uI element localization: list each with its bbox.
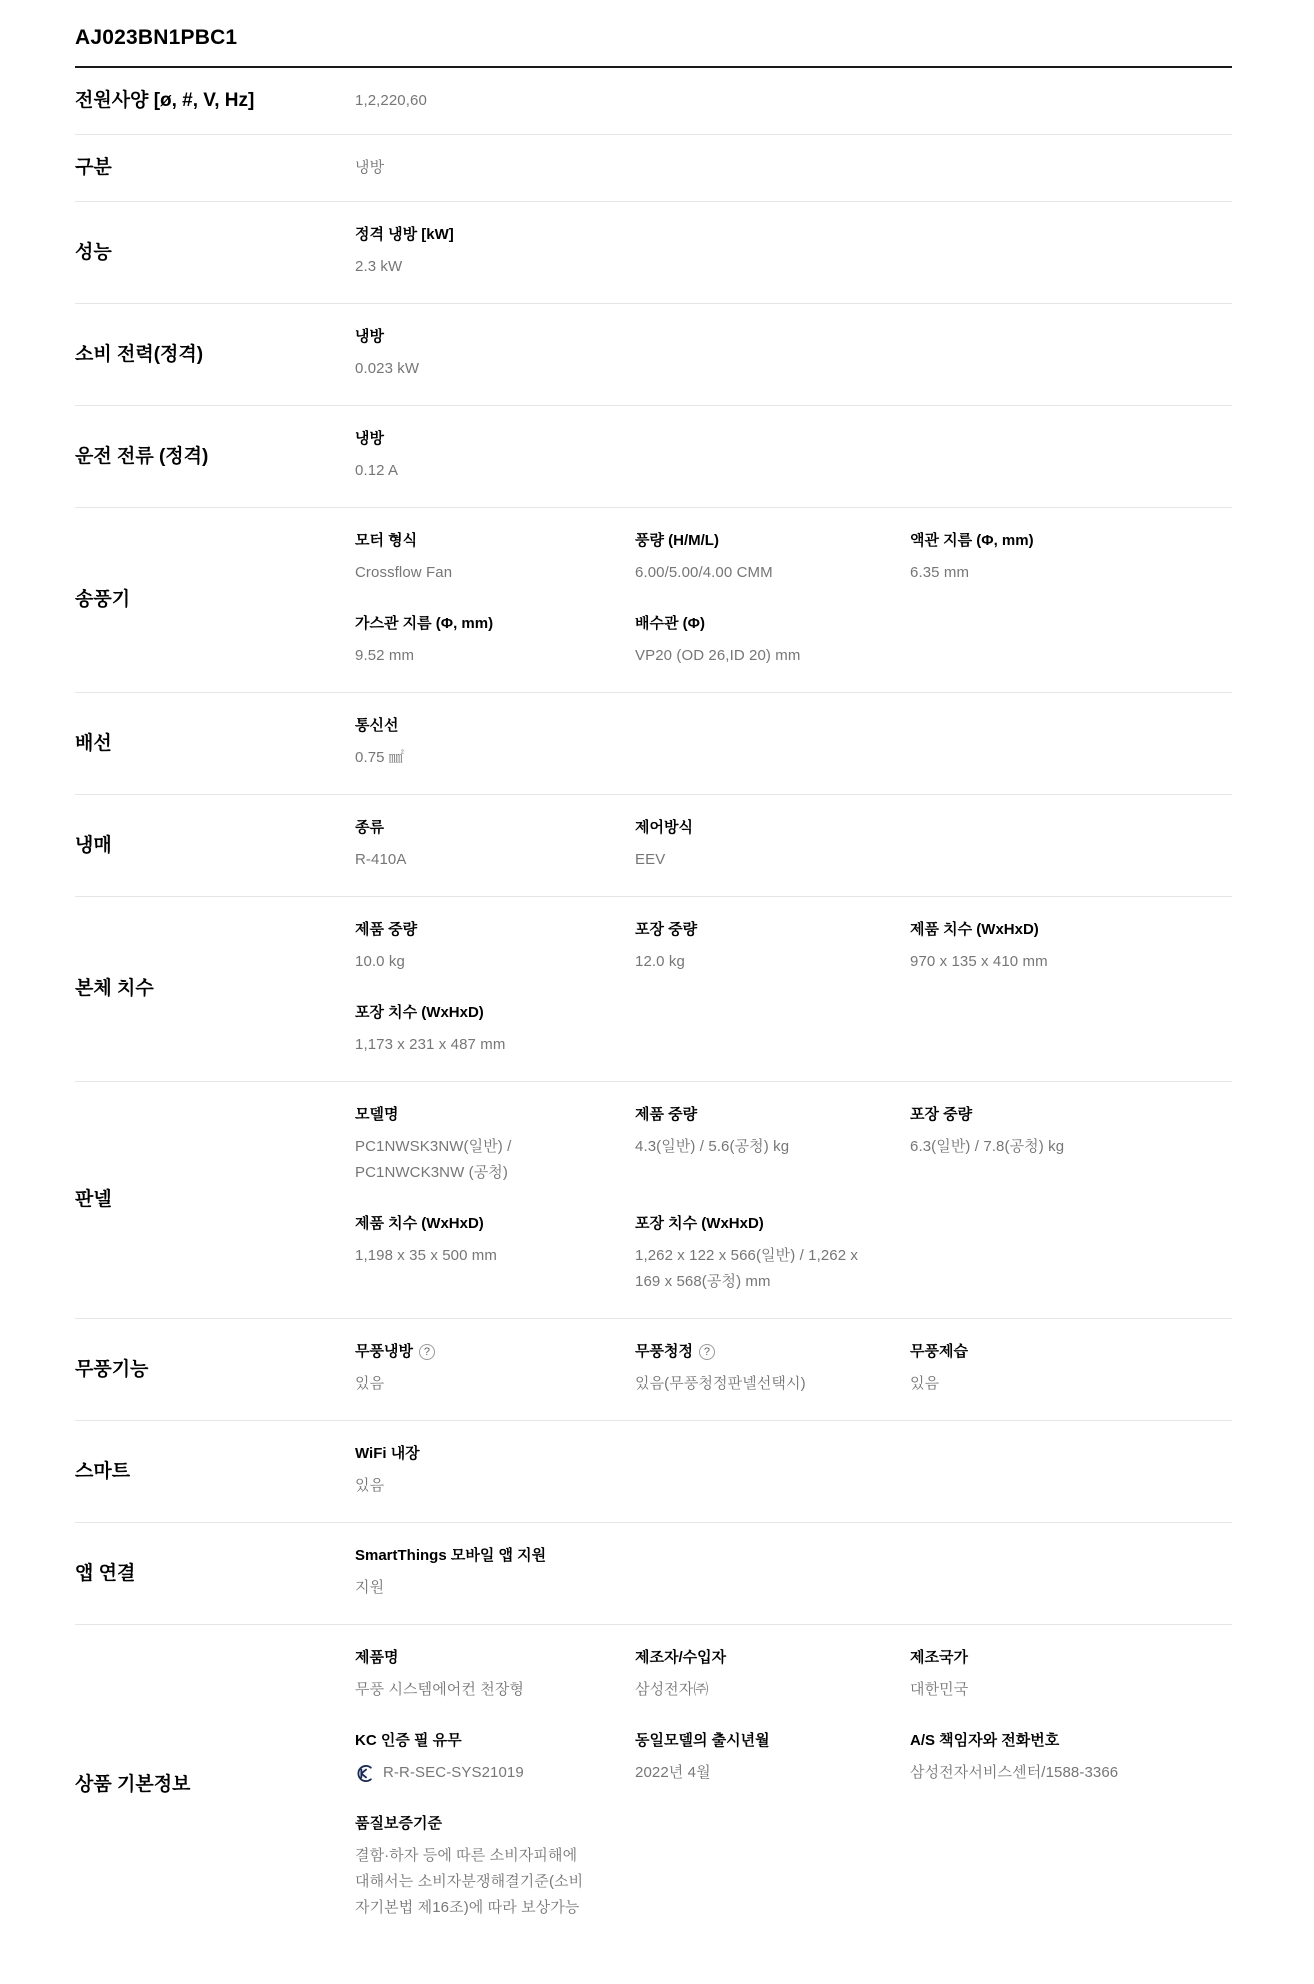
cell-value: 삼성전자서비스센터/1588-3366 xyxy=(910,1760,1192,1786)
cell-grid: 정격 냉방 [kW]2.3 kW xyxy=(355,219,1232,286)
cell-grid: 포장 치수 (WxHxD)1,173 x 231 x 487 mm xyxy=(355,997,1232,1064)
table-row: 본체 치수제품 중량10.0 kg포장 중량12.0 kg제품 치수 (WxHx… xyxy=(75,897,1232,1082)
cell-sublabel-text: 냉방 xyxy=(355,327,384,347)
cell-sublabel: 가스관 지름 (Φ, mm) xyxy=(355,614,595,634)
cell-sublabel: 종류 xyxy=(355,818,595,838)
table-row: 구분냉방 xyxy=(75,135,1232,202)
row-label: 소비 전력(정격) xyxy=(75,341,355,369)
cell-sublabel-text: 제품 치수 (WxHxD) xyxy=(355,1214,484,1234)
kc-certification-icon xyxy=(355,1764,374,1783)
cell-sublabel-text: 제품 치수 (WxHxD) xyxy=(910,920,1039,940)
spec-cell: 포장 중량12.0 kg xyxy=(635,914,910,981)
cell-sublabel: WiFi 내장 xyxy=(355,1444,595,1464)
table-row: 앱 연결SmartThings 모바일 앱 지원지원 xyxy=(75,1523,1232,1625)
help-icon[interactable] xyxy=(419,1344,435,1360)
cell-sublabel-text: 모델명 xyxy=(355,1105,398,1125)
cell-sublabel-text: 무풍냉방 xyxy=(355,1342,413,1362)
row-label: 배선 xyxy=(75,730,355,758)
cell-value: 0.12 A xyxy=(355,458,595,484)
cell-value: 있음 xyxy=(355,1473,595,1499)
cell-sublabel-text: 포장 치수 (WxHxD) xyxy=(635,1214,764,1234)
row-label: 무풍기능 xyxy=(75,1356,355,1384)
cell-value: 0.75 ㎟ xyxy=(355,745,595,771)
cell-sublabel-text: 모터 형식 xyxy=(355,531,417,551)
cell-sublabel-text: 배수관 (Φ) xyxy=(635,614,705,634)
cell-grid: SmartThings 모바일 앱 지원지원 xyxy=(355,1540,1232,1607)
table-row: 판넬모델명PC1NWSK3NW(일반) / PC1NWCK3NW (공청)제품 … xyxy=(75,1082,1232,1319)
cell-sublabel: KC 인증 필 유무 xyxy=(355,1731,595,1751)
cell-sublabel: 포장 중량 xyxy=(635,920,870,940)
spec-cell: SmartThings 모바일 앱 지원지원 xyxy=(355,1540,635,1607)
cell-value: 970 x 135 x 410 mm xyxy=(910,949,1192,975)
cell-sublabel: 제품 중량 xyxy=(355,920,595,940)
cell-sublabel-text: 무풍청정 xyxy=(635,1342,693,1362)
cell-value: R-R-SEC-SYS21019 xyxy=(355,1760,595,1786)
cell-grid: WiFi 내장있음 xyxy=(355,1438,1232,1505)
cell-value-text: EEV xyxy=(635,851,665,868)
spec-cell: 제어방식EEV xyxy=(635,812,910,879)
row-label: 앱 연결 xyxy=(75,1560,355,1588)
spec-cell: 배수관 (Φ)VP20 (OD 26,ID 20) mm xyxy=(635,608,910,675)
cell-sublabel: 제조자/수입자 xyxy=(635,1648,870,1668)
cell-value-text: 9.52 mm xyxy=(355,647,414,664)
cell-value-text: 6.3(일반) / 7.8(공청) kg xyxy=(910,1138,1064,1155)
cell-value-text: 있음 xyxy=(355,1477,384,1494)
cell-sublabel-text: 풍량 (H/M/L) xyxy=(635,531,719,551)
spec-table: 전원사양 [ø, #, V, Hz]1,2,220,60구분냉방성능정격 냉방 … xyxy=(75,68,1232,1944)
cell-sublabel: 제품 중량 xyxy=(635,1105,870,1125)
cell-value-text: 냉방 xyxy=(355,159,384,176)
cell-sublabel-text: 제품 중량 xyxy=(355,920,417,940)
cell-value: 0.023 kW xyxy=(355,356,595,382)
row-label: 본체 치수 xyxy=(75,975,355,1003)
cell-value: 있음 xyxy=(355,1371,595,1397)
cell-sublabel-text: 제조국가 xyxy=(910,1648,968,1668)
cell-sublabel: 제품명 xyxy=(355,1648,595,1668)
table-row: 성능정격 냉방 [kW]2.3 kW xyxy=(75,202,1232,304)
cell-value-text: 10.0 kg xyxy=(355,953,405,970)
cell-grid: 제품 중량10.0 kg포장 중량12.0 kg제품 치수 (WxHxD)970… xyxy=(355,914,1232,981)
cell-value: 있음(무풍청정판넬선택시) xyxy=(635,1371,870,1397)
row-content: 냉방0.12 A xyxy=(355,423,1232,490)
cell-value-text: 970 x 135 x 410 mm xyxy=(910,953,1048,970)
row-content: 종류R-410A제어방식EEV xyxy=(355,812,1232,879)
cell-grid: 제품 치수 (WxHxD)1,198 x 35 x 500 mm포장 치수 (W… xyxy=(355,1208,1232,1301)
cell-sublabel: 제조국가 xyxy=(910,1648,1192,1668)
cell-value-text: PC1NWSK3NW(일반) / PC1NWCK3NW (공청) xyxy=(355,1138,511,1181)
cell-sublabel-text: 통신선 xyxy=(355,716,398,736)
cell-value: 1,173 x 231 x 487 mm xyxy=(355,1032,595,1058)
cell-value: 12.0 kg xyxy=(635,949,870,975)
cell-grid: 모델명PC1NWSK3NW(일반) / PC1NWCK3NW (공청)제품 중량… xyxy=(355,1099,1232,1192)
row-label: 운전 전류 (정격) xyxy=(75,443,355,471)
row-label: 상품 기본정보 xyxy=(75,1771,355,1799)
cell-sublabel: 제어방식 xyxy=(635,818,870,838)
cell-value-text: 0.12 A xyxy=(355,462,398,479)
cell-sublabel: 무풍냉방 xyxy=(355,1342,595,1362)
spec-cell: 제조국가대한민국 xyxy=(910,1642,1232,1709)
cell-value-text: VP20 (OD 26,ID 20) mm xyxy=(635,647,800,664)
cell-sublabel-text: 종류 xyxy=(355,818,384,838)
cell-sublabel: 모터 형식 xyxy=(355,531,595,551)
spec-cell: KC 인증 필 유무R-R-SEC-SYS21019 xyxy=(355,1725,635,1792)
spec-cell: 통신선0.75 ㎟ xyxy=(355,710,635,777)
cell-sublabel-text: A/S 책임자와 전화번호 xyxy=(910,1731,1059,1751)
cell-sublabel-text: 포장 중량 xyxy=(910,1105,972,1125)
spec-cell: 제조자/수입자삼성전자㈜ xyxy=(635,1642,910,1709)
cell-sublabel-text: 정격 냉방 [kW] xyxy=(355,225,454,245)
cell-value-text: 있음 xyxy=(910,1375,939,1392)
spec-cell: 모델명PC1NWSK3NW(일반) / PC1NWCK3NW (공청) xyxy=(355,1099,635,1192)
cell-sublabel: 무풍제습 xyxy=(910,1342,1192,1362)
row-label: 스마트 xyxy=(75,1458,355,1486)
spec-cell: 모터 형식Crossflow Fan xyxy=(355,525,635,592)
cell-grid: 냉방0.023 kW xyxy=(355,321,1232,388)
cell-sublabel-text: SmartThings 모바일 앱 지원 xyxy=(355,1546,546,1566)
row-content: 냉방 xyxy=(355,152,1232,184)
cell-value: 1,2,220,60 xyxy=(355,91,595,111)
spec-cell: 액관 지름 (Φ, mm)6.35 mm xyxy=(910,525,1232,592)
cell-value-text: 삼성전자㈜ xyxy=(635,1681,708,1698)
help-icon[interactable] xyxy=(699,1344,715,1360)
cell-sublabel: 동일모델의 출시년월 xyxy=(635,1731,870,1751)
row-content: 통신선0.75 ㎟ xyxy=(355,710,1232,777)
cell-value-text: 12.0 kg xyxy=(635,953,685,970)
spec-cell: 제품 치수 (WxHxD)1,198 x 35 x 500 mm xyxy=(355,1208,635,1275)
table-row: 소비 전력(정격)냉방0.023 kW xyxy=(75,304,1232,406)
cell-value-text: R-R-SEC-SYS21019 xyxy=(383,1760,524,1786)
spec-cell: 종류R-410A xyxy=(355,812,635,879)
cell-value: 삼성전자㈜ xyxy=(635,1677,870,1703)
spec-cell: WiFi 내장있음 xyxy=(355,1438,635,1505)
cell-value-text: 1,173 x 231 x 487 mm xyxy=(355,1036,505,1053)
table-row: 무풍기능무풍냉방있음무풍청정있음(무풍청정판넬선택시)무풍제습있음 xyxy=(75,1319,1232,1421)
cell-value: 10.0 kg xyxy=(355,949,595,975)
cell-value-text: 0.023 kW xyxy=(355,360,419,377)
cell-sublabel-text: 가스관 지름 (Φ, mm) xyxy=(355,614,493,634)
spec-cell: 포장 중량6.3(일반) / 7.8(공청) kg xyxy=(910,1099,1232,1166)
cell-sublabel-text: 포장 치수 (WxHxD) xyxy=(355,1003,484,1023)
cell-sublabel: 통신선 xyxy=(355,716,595,736)
spec-cell: 제품 중량10.0 kg xyxy=(355,914,635,981)
cell-value: 대한민국 xyxy=(910,1677,1192,1703)
cell-sublabel: 제품 치수 (WxHxD) xyxy=(910,920,1192,940)
cell-value: 9.52 mm xyxy=(355,643,595,669)
cell-sublabel: 배수관 (Φ) xyxy=(635,614,870,634)
row-content: 제품 중량10.0 kg포장 중량12.0 kg제품 치수 (WxHxD)970… xyxy=(355,914,1232,1064)
spec-sheet: AJ023BN1PBC1 전원사양 [ø, #, V, Hz]1,2,220,6… xyxy=(0,0,1314,1984)
cell-grid: 모터 형식Crossflow Fan풍량 (H/M/L)6.00/5.00/4.… xyxy=(355,525,1232,592)
cell-value: 2022년 4월 xyxy=(635,1760,870,1786)
cell-value: 6.35 mm xyxy=(910,560,1192,586)
spec-cell: 가스관 지름 (Φ, mm)9.52 mm xyxy=(355,608,635,675)
cell-sublabel: 정격 냉방 [kW] xyxy=(355,225,595,245)
cell-value-text: R-410A xyxy=(355,851,406,868)
cell-value: 1,198 x 35 x 500 mm xyxy=(355,1243,595,1269)
cell-value: 있음 xyxy=(910,1371,1192,1397)
cell-value-text: 있음 xyxy=(355,1375,384,1392)
cell-grid: 무풍냉방있음무풍청정있음(무풍청정판넬선택시)무풍제습있음 xyxy=(355,1336,1232,1403)
cell-sublabel: 품질보증기준 xyxy=(355,1814,595,1834)
cell-sublabel-text: 제품 중량 xyxy=(635,1105,697,1125)
cell-value: 결함·하자 등에 따른 소비자피해에 대해서는 소비자분쟁해결기준(소비자기본법… xyxy=(355,1843,595,1921)
cell-value-text: 6.00/5.00/4.00 CMM xyxy=(635,564,773,581)
cell-grid: 1,2,220,60 xyxy=(355,85,1232,117)
cell-value-text: Crossflow Fan xyxy=(355,564,452,581)
table-row: 배선통신선0.75 ㎟ xyxy=(75,693,1232,795)
row-label: 성능 xyxy=(75,239,355,267)
spec-cell: A/S 책임자와 전화번호삼성전자서비스센터/1588-3366 xyxy=(910,1725,1232,1792)
cell-value-text: 4.3(일반) / 5.6(공청) kg xyxy=(635,1138,789,1155)
cell-grid: KC 인증 필 유무R-R-SEC-SYS21019동일모델의 출시년월2022… xyxy=(355,1725,1232,1792)
cell-sublabel-text: 포장 중량 xyxy=(635,920,697,940)
cell-value: Crossflow Fan xyxy=(355,560,595,586)
spec-cell: 포장 치수 (WxHxD)1,262 x 122 x 566(일반) / 1,2… xyxy=(635,1208,910,1301)
table-row: 송풍기모터 형식Crossflow Fan풍량 (H/M/L)6.00/5.00… xyxy=(75,508,1232,693)
spec-cell: 냉방 xyxy=(355,152,635,184)
cell-grid: 냉방0.12 A xyxy=(355,423,1232,490)
cell-value: VP20 (OD 26,ID 20) mm xyxy=(635,643,870,669)
row-content: 1,2,220,60 xyxy=(355,85,1232,117)
spec-cell: 냉방0.12 A xyxy=(355,423,635,490)
cell-value-text: 무풍 시스템에어컨 천장형 xyxy=(355,1681,524,1698)
table-row: 전원사양 [ø, #, V, Hz]1,2,220,60 xyxy=(75,68,1232,135)
cell-value-text: 지원 xyxy=(355,1579,384,1596)
cell-grid: 종류R-410A제어방식EEV xyxy=(355,812,1232,879)
cell-sublabel: 제품 치수 (WxHxD) xyxy=(355,1214,595,1234)
cell-sublabel: SmartThings 모바일 앱 지원 xyxy=(355,1546,595,1566)
spec-cell: 무풍청정있음(무풍청정판넬선택시) xyxy=(635,1336,910,1403)
cell-sublabel: 냉방 xyxy=(355,327,595,347)
cell-value: EEV xyxy=(635,847,870,873)
cell-grid: 냉방 xyxy=(355,152,1232,184)
cell-grid: 품질보증기준결함·하자 등에 따른 소비자피해에 대해서는 소비자분쟁해결기준(… xyxy=(355,1808,1232,1927)
cell-value: 지원 xyxy=(355,1575,595,1601)
row-label: 송풍기 xyxy=(75,586,355,614)
table-row: 스마트WiFi 내장있음 xyxy=(75,1421,1232,1523)
spec-cell: 동일모델의 출시년월2022년 4월 xyxy=(635,1725,910,1792)
cell-value-text: 결함·하자 등에 따른 소비자피해에 대해서는 소비자분쟁해결기준(소비자기본법… xyxy=(355,1847,583,1916)
cell-value: 2.3 kW xyxy=(355,254,595,280)
cell-sublabel-text: WiFi 내장 xyxy=(355,1444,420,1464)
spec-cell: 풍량 (H/M/L)6.00/5.00/4.00 CMM xyxy=(635,525,910,592)
cell-sublabel-text: 냉방 xyxy=(355,429,384,449)
row-content: WiFi 내장있음 xyxy=(355,1438,1232,1505)
cell-sublabel-text: 제어방식 xyxy=(635,818,693,838)
row-label: 판넬 xyxy=(75,1186,355,1214)
spec-cell: 품질보증기준결함·하자 등에 따른 소비자피해에 대해서는 소비자분쟁해결기준(… xyxy=(355,1808,635,1927)
cell-sublabel: 모델명 xyxy=(355,1105,595,1125)
cell-value-text: 0.75 ㎟ xyxy=(355,749,404,766)
cell-value: 1,262 x 122 x 566(일반) / 1,262 x 169 x 56… xyxy=(635,1243,870,1295)
cell-value: 냉방 xyxy=(355,158,595,178)
cell-value: PC1NWSK3NW(일반) / PC1NWCK3NW (공청) xyxy=(355,1134,595,1186)
spec-cell: 제품명무풍 시스템에어컨 천장형 xyxy=(355,1642,635,1709)
cell-sublabel: 포장 중량 xyxy=(910,1105,1192,1125)
cell-sublabel: 포장 치수 (WxHxD) xyxy=(635,1214,870,1234)
table-row: 냉매종류R-410A제어방식EEV xyxy=(75,795,1232,897)
cell-value-text: 대한민국 xyxy=(910,1681,968,1698)
cell-sublabel: 냉방 xyxy=(355,429,595,449)
cell-value-text: 1,262 x 122 x 566(일반) / 1,262 x 169 x 56… xyxy=(635,1247,858,1290)
cell-value: R-410A xyxy=(355,847,595,873)
cell-grid: 통신선0.75 ㎟ xyxy=(355,710,1232,777)
row-content: 모델명PC1NWSK3NW(일반) / PC1NWCK3NW (공청)제품 중량… xyxy=(355,1099,1232,1301)
cell-value-text: 2.3 kW xyxy=(355,258,402,275)
cell-value-text: 있음(무풍청정판넬선택시) xyxy=(635,1375,806,1392)
spec-cell: 무풍냉방있음 xyxy=(355,1336,635,1403)
cell-value: 6.00/5.00/4.00 CMM xyxy=(635,560,870,586)
table-row: 상품 기본정보제품명무풍 시스템에어컨 천장형제조자/수입자삼성전자㈜제조국가대… xyxy=(75,1625,1232,1944)
spec-cell: 제품 치수 (WxHxD)970 x 135 x 410 mm xyxy=(910,914,1232,981)
cell-sublabel-text: 제조자/수입자 xyxy=(635,1648,726,1668)
cell-sublabel: A/S 책임자와 전화번호 xyxy=(910,1731,1192,1751)
cell-sublabel: 액관 지름 (Φ, mm) xyxy=(910,531,1192,551)
row-label: 전원사양 [ø, #, V, Hz] xyxy=(75,87,355,115)
row-content: 제품명무풍 시스템에어컨 천장형제조자/수입자삼성전자㈜제조국가대한민국KC 인… xyxy=(355,1642,1232,1927)
cell-sublabel: 포장 치수 (WxHxD) xyxy=(355,1003,595,1023)
row-content: SmartThings 모바일 앱 지원지원 xyxy=(355,1540,1232,1607)
cell-value: 무풍 시스템에어컨 천장형 xyxy=(355,1677,595,1703)
spec-cell: 냉방0.023 kW xyxy=(355,321,635,388)
cell-sublabel-text: 동일모델의 출시년월 xyxy=(635,1731,770,1751)
row-label: 구분 xyxy=(75,154,355,182)
cell-value: 6.3(일반) / 7.8(공청) kg xyxy=(910,1134,1192,1160)
cell-value-text: 6.35 mm xyxy=(910,564,969,581)
row-content: 정격 냉방 [kW]2.3 kW xyxy=(355,219,1232,286)
cell-sublabel: 무풍청정 xyxy=(635,1342,870,1362)
cell-sublabel-text: 무풍제습 xyxy=(910,1342,968,1362)
cell-value-text: 1,198 x 35 x 500 mm xyxy=(355,1247,497,1264)
cell-value-text: 삼성전자서비스센터/1588-3366 xyxy=(910,1764,1118,1781)
spec-cell: 제품 중량4.3(일반) / 5.6(공청) kg xyxy=(635,1099,910,1166)
cell-sublabel-text: 품질보증기준 xyxy=(355,1814,442,1834)
table-row: 운전 전류 (정격)냉방0.12 A xyxy=(75,406,1232,508)
cell-sublabel-text: 제품명 xyxy=(355,1648,398,1668)
page-title: AJ023BN1PBC1 xyxy=(75,18,1232,68)
cell-value-text: 1,2,220,60 xyxy=(355,92,427,109)
row-label: 냉매 xyxy=(75,832,355,860)
spec-cell: 정격 냉방 [kW]2.3 kW xyxy=(355,219,635,286)
spec-cell: 무풍제습있음 xyxy=(910,1336,1232,1403)
cell-sublabel-text: KC 인증 필 유무 xyxy=(355,1731,462,1751)
cell-grid: 가스관 지름 (Φ, mm)9.52 mm배수관 (Φ)VP20 (OD 26,… xyxy=(355,608,1232,675)
cell-value: 4.3(일반) / 5.6(공청) kg xyxy=(635,1134,870,1160)
spec-cell: 포장 치수 (WxHxD)1,173 x 231 x 487 mm xyxy=(355,997,635,1064)
cell-value-text: 2022년 4월 xyxy=(635,1764,711,1781)
row-content: 무풍냉방있음무풍청정있음(무풍청정판넬선택시)무풍제습있음 xyxy=(355,1336,1232,1403)
spec-cell: 1,2,220,60 xyxy=(355,85,635,117)
cell-sublabel-text: 액관 지름 (Φ, mm) xyxy=(910,531,1034,551)
cell-grid: 제품명무풍 시스템에어컨 천장형제조자/수입자삼성전자㈜제조국가대한민국 xyxy=(355,1642,1232,1709)
cell-sublabel: 풍량 (H/M/L) xyxy=(635,531,870,551)
row-content: 모터 형식Crossflow Fan풍량 (H/M/L)6.00/5.00/4.… xyxy=(355,525,1232,675)
row-content: 냉방0.023 kW xyxy=(355,321,1232,388)
